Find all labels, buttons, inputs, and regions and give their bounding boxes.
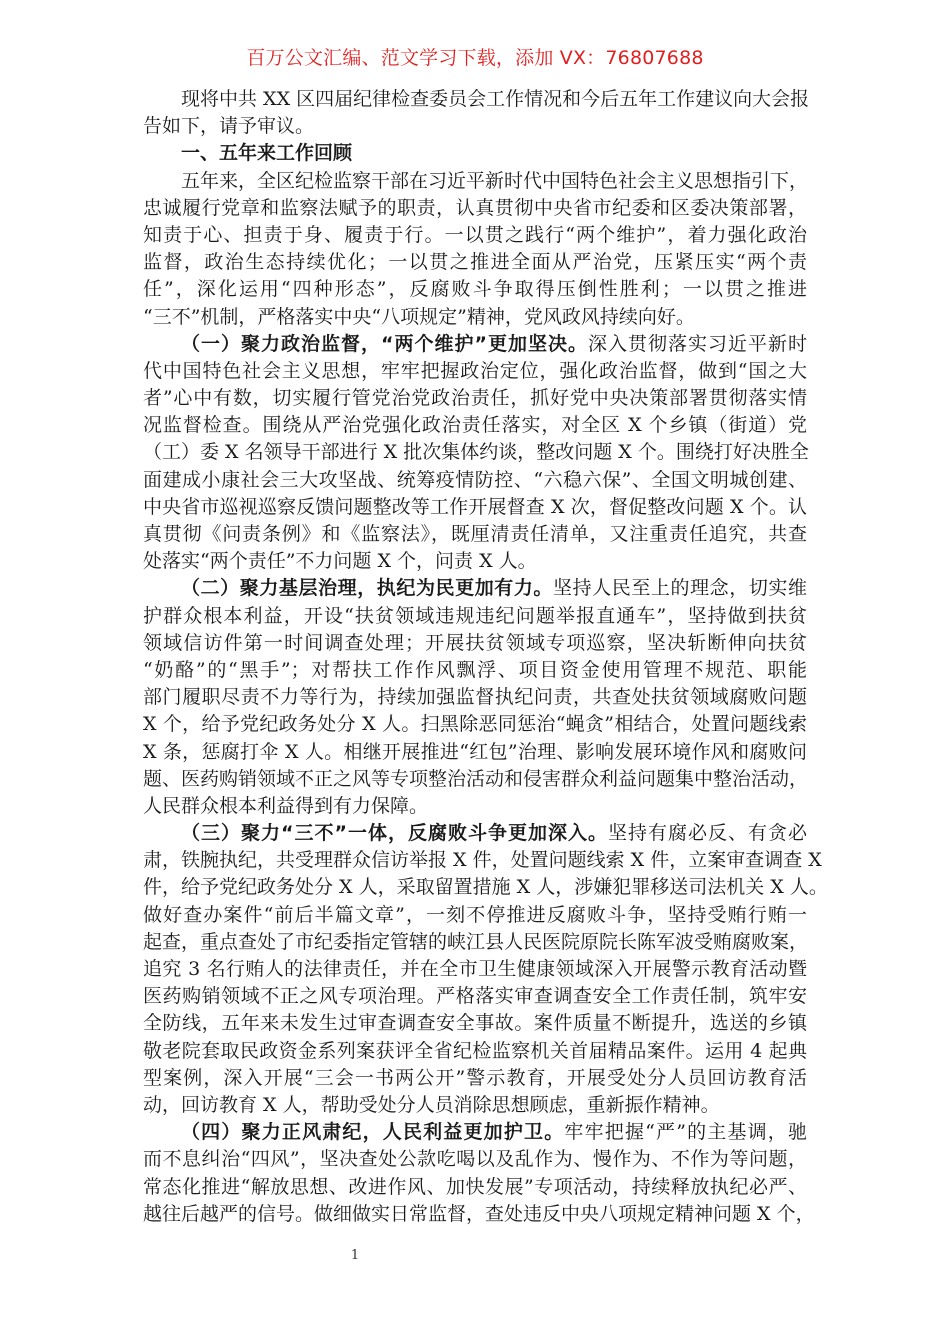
text-line: 人民群众根本利益得到有力保障。 <box>143 793 807 820</box>
item-heading: （三）聚力“三不”一体，反腐败斗争更加深入。 <box>181 822 608 844</box>
paragraph-item-4: （四）聚力正风肃纪，人民利益更加护卫。牢牢把握“严”的主基调，驰 而不息纠治“四… <box>143 1119 807 1228</box>
text-line: “奶酪”的“黑手”；对帮扶工作作风飘浮、项目资金使用管理不规范、职能 <box>143 657 807 684</box>
document-body: 现将中共 XX 区四届纪律检查委员会工作情况和今后五年工作建议向大会报 告如下，… <box>143 86 807 1228</box>
text-line: 知责于心、担责于身、履责于行。一以贯之践行“两个维护”，着力强化政治 <box>143 222 807 249</box>
paragraph-intro: 现将中共 XX 区四届纪律检查委员会工作情况和今后五年工作建议向大会报 告如下，… <box>143 86 807 140</box>
text-line: 监督，政治生态持续优化；一以贯之推进全面从严治党，压紧压实“两个责 <box>143 249 807 276</box>
text-line: 起查，重点查处了市纪委指定管辖的峡江县人民医院原院长陈军波受贿腐败案， <box>143 929 807 956</box>
text-run: 坚持人民至上的理念，切实维 <box>553 577 807 599</box>
text-line: （二）聚力基层治理，执纪为民更加有力。坚持人民至上的理念，切实维 <box>143 575 807 602</box>
document-page: 百万公文汇编、范文学习下载，添加 VX：76807688 现将中共 XX 区四届… <box>0 0 950 1344</box>
text-line: 代中国特色社会主义思想，牢牢把握政治定位，强化政治监督，做到“国之大 <box>143 358 807 385</box>
text-line: 任”，深化运用“四种形态”，反腐败斗争取得压倒性胜利；一以贯之推进 <box>143 276 807 303</box>
text-line: 护群众根本利益，开设“扶贫领域违规违纪问题举报直通车”，坚持做到扶贫 <box>143 603 807 630</box>
text-line: （一）聚力政治监督，“两个维护”更加坚决。深入贯彻落实习近平新时 <box>143 331 807 358</box>
text-line: 追究 3 名行贿人的法律责任，并在全市卫生健康领域深入开展警示教育活动暨 <box>143 956 807 983</box>
text-line: 现将中共 XX 区四届纪律检查委员会工作情况和今后五年工作建议向大会报 <box>143 86 807 113</box>
text-line: （三）聚力“三不”一体，反腐败斗争更加深入。坚持有腐必反、有贪必 <box>143 820 807 847</box>
section-heading: 一、五年来工作回顾 <box>143 140 807 167</box>
text-line: X 个，给予党纪政务处分 X 人。扫黑除恶同惩治“蝇贪”相结合，处置问题线索 <box>143 711 807 738</box>
text-line: 五年来，全区纪检监察干部在习近平新时代中国特色社会主义思想指引下， <box>143 168 807 195</box>
text-line: 而不息纠治“四风”，坚决查处公款吃喝以及乱作为、慢作为、不作为等问题， <box>143 1146 807 1173</box>
text-line: 件，给予党纪政务处分 X 人，采取留置措施 X 人，涉嫌犯罪移送司法机关 X 人… <box>143 874 807 901</box>
text-line: 型案例，深入开展“三会一书两公开”警示教育，开展受处分人员回访教育活 <box>143 1065 807 1092</box>
text-line: 动，回访教育 X 人，帮助受处分人员消除思想顾虑，重新振作精神。 <box>143 1092 807 1119</box>
text-run: 深入贯彻落实习近平新时 <box>588 333 807 355</box>
watermark-banner: 百万公文汇编、范文学习下载，添加 VX：76807688 <box>0 44 950 72</box>
text-line: 部门履职尽责不力等行为，持续加强监督执纪问责，共查处扶贫领域腐败问题 <box>143 684 807 711</box>
text-line: 题、医药购销领域不正之风等专项整治活动和侵害群众利益问题集中整治活动， <box>143 766 807 793</box>
text-line: 忠诚履行党章和监察法赋予的职责，认真贯彻中央省市纪委和区委决策部署， <box>143 195 807 222</box>
text-line: （四）聚力正风肃纪，人民利益更加护卫。牢牢把握“严”的主基调，驰 <box>143 1119 807 1146</box>
paragraph-item-3: （三）聚力“三不”一体，反腐败斗争更加深入。坚持有腐必反、有贪必 肃，铁腕执纪，… <box>143 820 807 1119</box>
text-line: 全防线，五年来未发生过审查调查安全事故。案件质量不断提升，选送的乡镇 <box>143 1010 807 1037</box>
text-line: 常态化推进“解放思想、改进作风、加快发展”专项活动，持续释放执纪必严、 <box>143 1174 807 1201</box>
item-heading: （四）聚力正风肃纪，人民利益更加护卫。 <box>181 1121 564 1143</box>
text-line: 况监督检查。围绕从严治党强化政治责任落实，对全区 X 个乡镇（街道）党 <box>143 412 807 439</box>
text-line: 告如下，请予审议。 <box>143 113 807 140</box>
text-line: 面建成小康社会三大攻坚战、统筹疫情防控、“六稳六保”、全国文明城创建、 <box>143 467 807 494</box>
text-line: 中央省市巡视巡察反馈问题整改等工作开展督查 X 次，督促整改问题 X 个。认 <box>143 494 807 521</box>
text-line: 真贯彻《问责条例》和《监察法》，既厘清责任清单，又注重责任追究，共查 <box>143 521 807 548</box>
text-line: 处落实“两个责任”不力问题 X 个，问责 X 人。 <box>143 548 807 575</box>
text-line: 做好查办案件“前后半篇文章”，一刻不停推进反腐败斗争，坚持受贿行贿一 <box>143 902 807 929</box>
text-line: “三不”机制，严格落实中央“八项规定”精神，党风政风持续向好。 <box>143 304 807 331</box>
paragraph-item-2: （二）聚力基层治理，执纪为民更加有力。坚持人民至上的理念，切实维 护群众根本利益… <box>143 575 807 820</box>
paragraph-item-1: （一）聚力政治监督，“两个维护”更加坚决。深入贯彻落实习近平新时 代中国特色社会… <box>143 331 807 576</box>
text-line: 领域信访件第一时间调查处理；开展扶贫领域专项巡察，坚决斩断伸向扶贫 <box>143 630 807 657</box>
text-run: 坚持有腐必反、有贪必 <box>608 822 807 844</box>
text-line: 医药购销领域不正之风专项治理。严格落实审查调查安全工作责任制，筑牢安 <box>143 983 807 1010</box>
page-number: 1 <box>0 1248 710 1263</box>
text-line: 越往后越严的信号。做细做实日常监督，查处违反中央八项规定精神问题 X 个， <box>143 1201 807 1228</box>
item-heading: （一）聚力政治监督，“两个维护”更加坚决。 <box>181 333 588 355</box>
paragraph-overview: 五年来，全区纪检监察干部在习近平新时代中国特色社会主义思想指引下， 忠诚履行党章… <box>143 168 807 331</box>
text-line: 敬老院套取民政资金系列案获评全省纪检监察机关首届精品案件。运用 4 起典 <box>143 1038 807 1065</box>
text-line: 肃，铁腕执纪，共受理群众信访举报 X 件，处置问题线索 X 件，立案审查调查 X <box>143 847 807 874</box>
text-line: X 条，惩腐打伞 X 人。相继开展推进“红包”治理、影响发展环境作风和腐败问 <box>143 739 807 766</box>
item-heading: （二）聚力基层治理，执纪为民更加有力。 <box>181 577 553 599</box>
text-line: 者”心中有数，切实履行管党治党政治责任，抓好党中央决策部署贯彻落实情 <box>143 385 807 412</box>
text-run: 牢牢把握“严”的主基调，驰 <box>564 1121 807 1143</box>
text-line: （工）委 X 名领导干部进行 X 批次集体约谈，整改问题 X 个。围绕打好决胜全 <box>143 439 807 466</box>
